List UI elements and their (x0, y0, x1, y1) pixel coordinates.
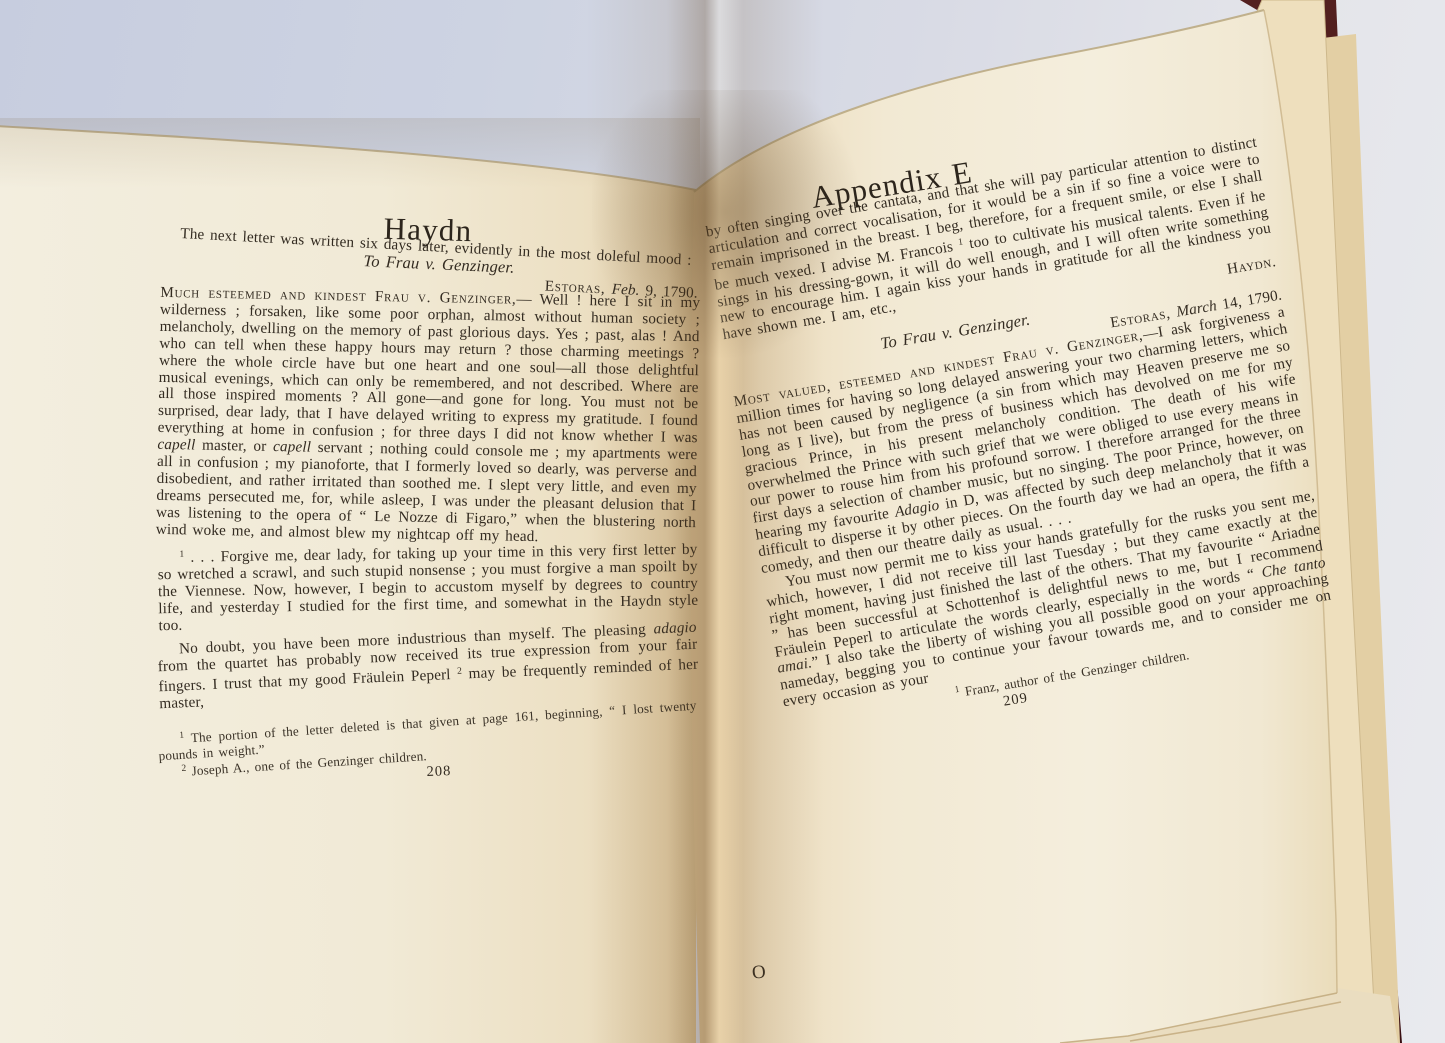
book-photo: Haydn The next letter was written six da… (0, 0, 1445, 1043)
left-letter-paragraph: Much esteemed and kindest Frau v. Genzin… (156, 284, 701, 548)
right-page: Appendix E by often singing over the can… (702, 118, 1341, 746)
left-forgive-paragraph: 1 . . . Forgive me, dear lady, for takin… (157, 539, 698, 635)
gathering-signature-mark: O (751, 961, 767, 984)
left-page: Haydn The next letter was written six da… (158, 222, 698, 781)
